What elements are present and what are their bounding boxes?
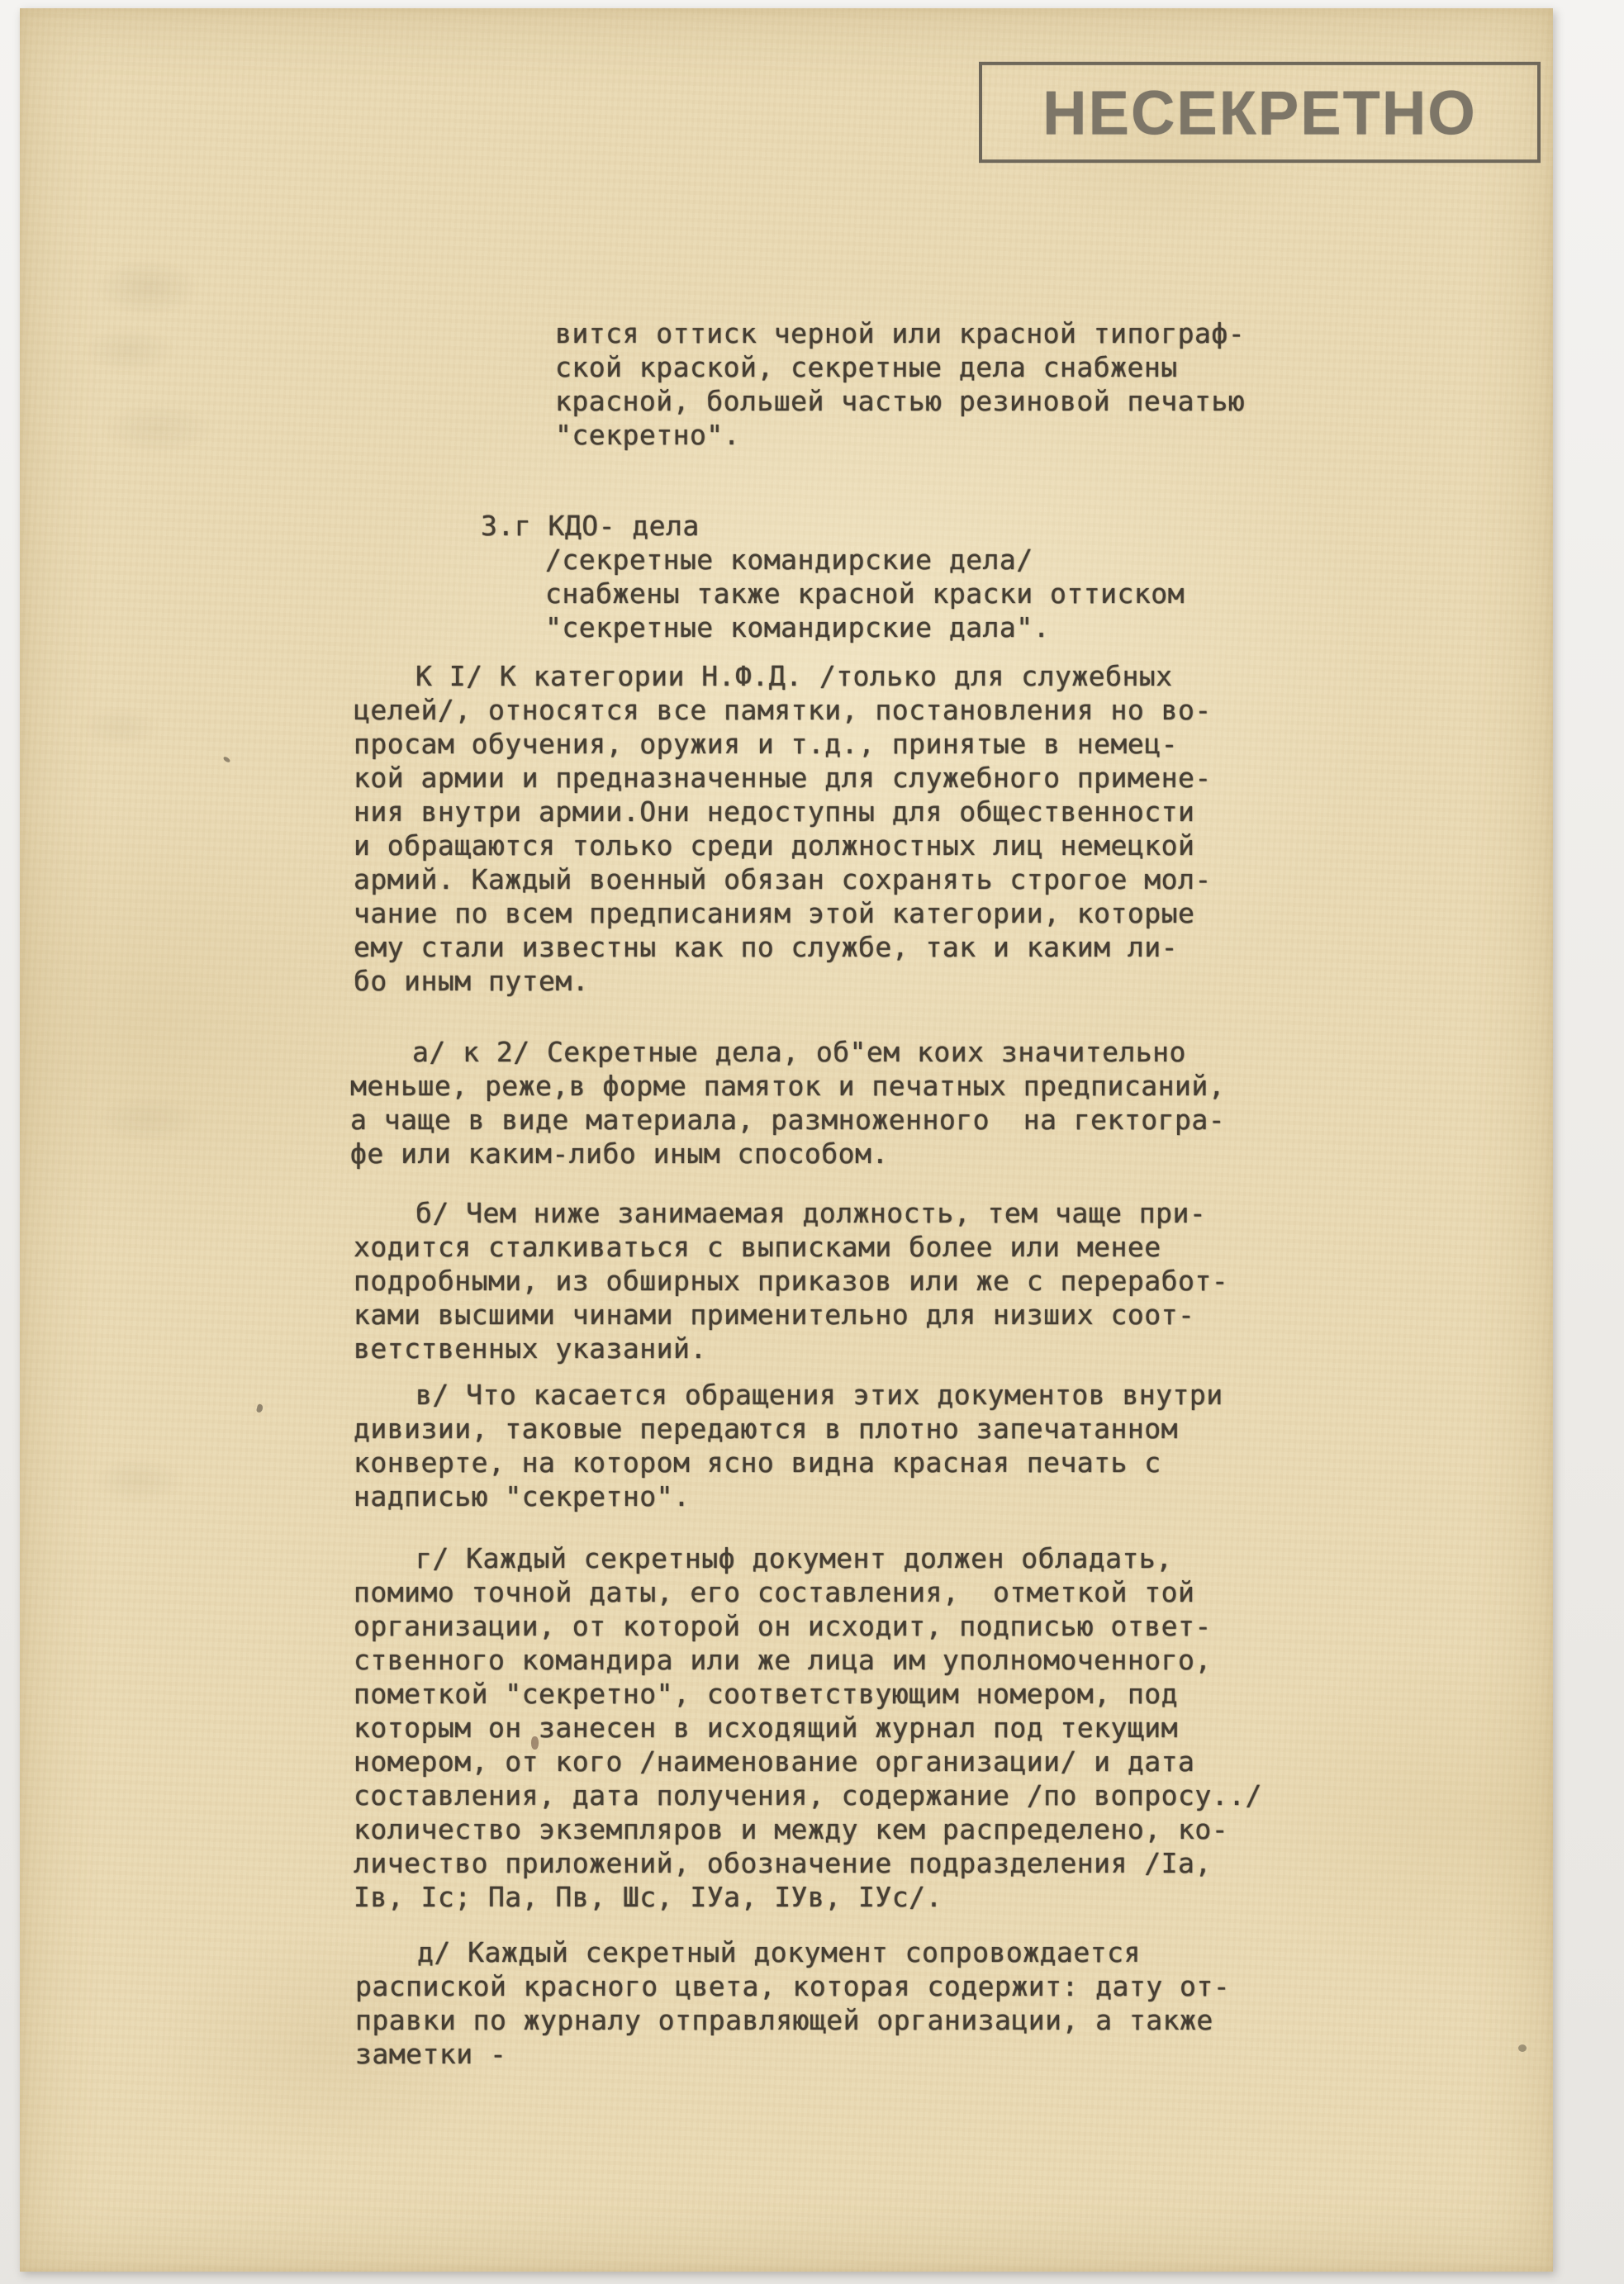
text-line: армий. Каждый военный обязан сохранять с… xyxy=(354,862,1212,896)
text-line: чание по всем предписаниям этой категори… xyxy=(354,896,1212,930)
text-line: составления, дата получения, содержание … xyxy=(354,1778,1262,1812)
text-line: организации, от которой он исходит, подп… xyxy=(354,1609,1262,1643)
scanned-document-page: { "stamp": { "text": "НЕСЕКРЕТНО" }, "do… xyxy=(0,0,1624,2284)
unclassified-stamp: НЕСЕКРЕТНО xyxy=(979,62,1541,163)
text-line: вится оттиск черной или красной типограф… xyxy=(555,316,1245,350)
ink-bleedthrough-marks xyxy=(53,256,243,1826)
text-line: дивизии, таковые передаются в плотно зап… xyxy=(354,1412,1223,1446)
text-line: меньше, реже,в форме памяток и печатных … xyxy=(350,1069,1225,1103)
text-line: Iв, Iс; Па, Пв, Шс, IУа, IУв, IУс/. xyxy=(354,1880,1262,1914)
text-line: номером, от кого /наименование организац… xyxy=(354,1745,1262,1778)
text-line: "секретно". xyxy=(555,418,1245,452)
text-line: правки по журналу отправляющей организац… xyxy=(355,2003,1230,2037)
text-line: конверте, на котором ясно видна красная … xyxy=(354,1446,1223,1479)
text-line: /секретные командирские дела/ xyxy=(545,543,1185,577)
text-line: которым он занесен в исходящий журнал по… xyxy=(354,1711,1262,1745)
text-line: б/ Чем ниже занимаемая должность, тем ча… xyxy=(415,1196,1228,1230)
text-line: красной, большей частью резиновой печать… xyxy=(555,384,1245,418)
text-line: помимо точной даты, его составления, отм… xyxy=(354,1575,1262,1609)
paragraph-item-v: в/ Что касается обращения этих документо… xyxy=(354,1378,1223,1513)
text-line: З.г КДО- дела xyxy=(481,509,1185,543)
ink-speck xyxy=(531,1736,539,1750)
text-line: количество экземпляров и между кем распр… xyxy=(354,1812,1262,1846)
text-line: снабжены также красной краски оттиском xyxy=(545,577,1185,610)
text-line: распиской красного цвета, которая содерж… xyxy=(355,1969,1230,2003)
text-line: ками высшими чинами применительно для ни… xyxy=(354,1298,1228,1332)
text-line: подробными, из обширных приказов или же … xyxy=(354,1264,1228,1298)
text-line: "секретные командирские дала". xyxy=(545,610,1185,644)
text-line: целей/, относятся все памятки, постановл… xyxy=(354,693,1212,727)
text-line: и обращаются только среди должностных ли… xyxy=(354,829,1212,862)
text-line: а/ к 2/ Секретные дела, об"ем коих значи… xyxy=(412,1035,1225,1069)
text-line: в/ Что касается обращения этих документо… xyxy=(415,1378,1223,1412)
text-line: кой армии и предназначенные для служебно… xyxy=(354,761,1212,795)
ink-speck xyxy=(1518,2044,1527,2052)
paragraph-item-b: б/ Чем ниже занимаемая должность, тем ча… xyxy=(354,1196,1228,1365)
text-line: ветственных указаний. xyxy=(354,1332,1228,1365)
text-line: а чаще в виде материала, размноженного н… xyxy=(350,1103,1225,1137)
paragraph-item-d: д/ Каждый секретный документ сопровождае… xyxy=(355,1935,1230,2071)
text-line: г/ Каждый секретныф документ должен обла… xyxy=(415,1541,1262,1575)
text-line: ему стали известны как по службе, так и … xyxy=(354,930,1212,964)
text-line: пометкой "секретно", соответствующим ном… xyxy=(354,1677,1262,1711)
text-line: ственного командира или же лица им уполн… xyxy=(354,1643,1262,1677)
text-line: фе или каким-либо иным способом. xyxy=(350,1137,1225,1170)
text-line: личество приложений, обозначение подразд… xyxy=(354,1846,1262,1880)
text-line: К I/ К категории Н.Ф.Д. /только для служ… xyxy=(415,659,1212,693)
paragraph-k1: К I/ К категории Н.Ф.Д. /только для служ… xyxy=(354,659,1212,998)
text-line: ской краской, секретные дела снабжены xyxy=(555,350,1245,384)
text-line: ходится сталкиваться с выписками более и… xyxy=(354,1230,1228,1264)
text-line: заметки - xyxy=(355,2037,1230,2071)
paragraph-item-g: г/ Каждый секретныф документ должен обла… xyxy=(354,1541,1262,1914)
text-line: надписью "секретно". xyxy=(354,1479,1223,1513)
text-line: д/ Каждый секретный документ сопровождае… xyxy=(417,1935,1230,1969)
unclassified-stamp-text: НЕСЕКРЕТНО xyxy=(1042,77,1477,149)
text-line: просам обучения, оружия и т.д., принятые… xyxy=(354,727,1212,761)
paragraph-item-3g: З.г КДО- дела/секретные командирские дел… xyxy=(481,509,1185,644)
paragraph-item-a: а/ к 2/ Секретные дела, об"ем коих значи… xyxy=(350,1035,1225,1170)
paragraph-continuation: вится оттиск черной или красной типограф… xyxy=(555,316,1245,452)
text-line: ния внутри армии.Они недоступны для обще… xyxy=(354,795,1212,829)
text-line: бо иным путем. xyxy=(354,964,1212,998)
